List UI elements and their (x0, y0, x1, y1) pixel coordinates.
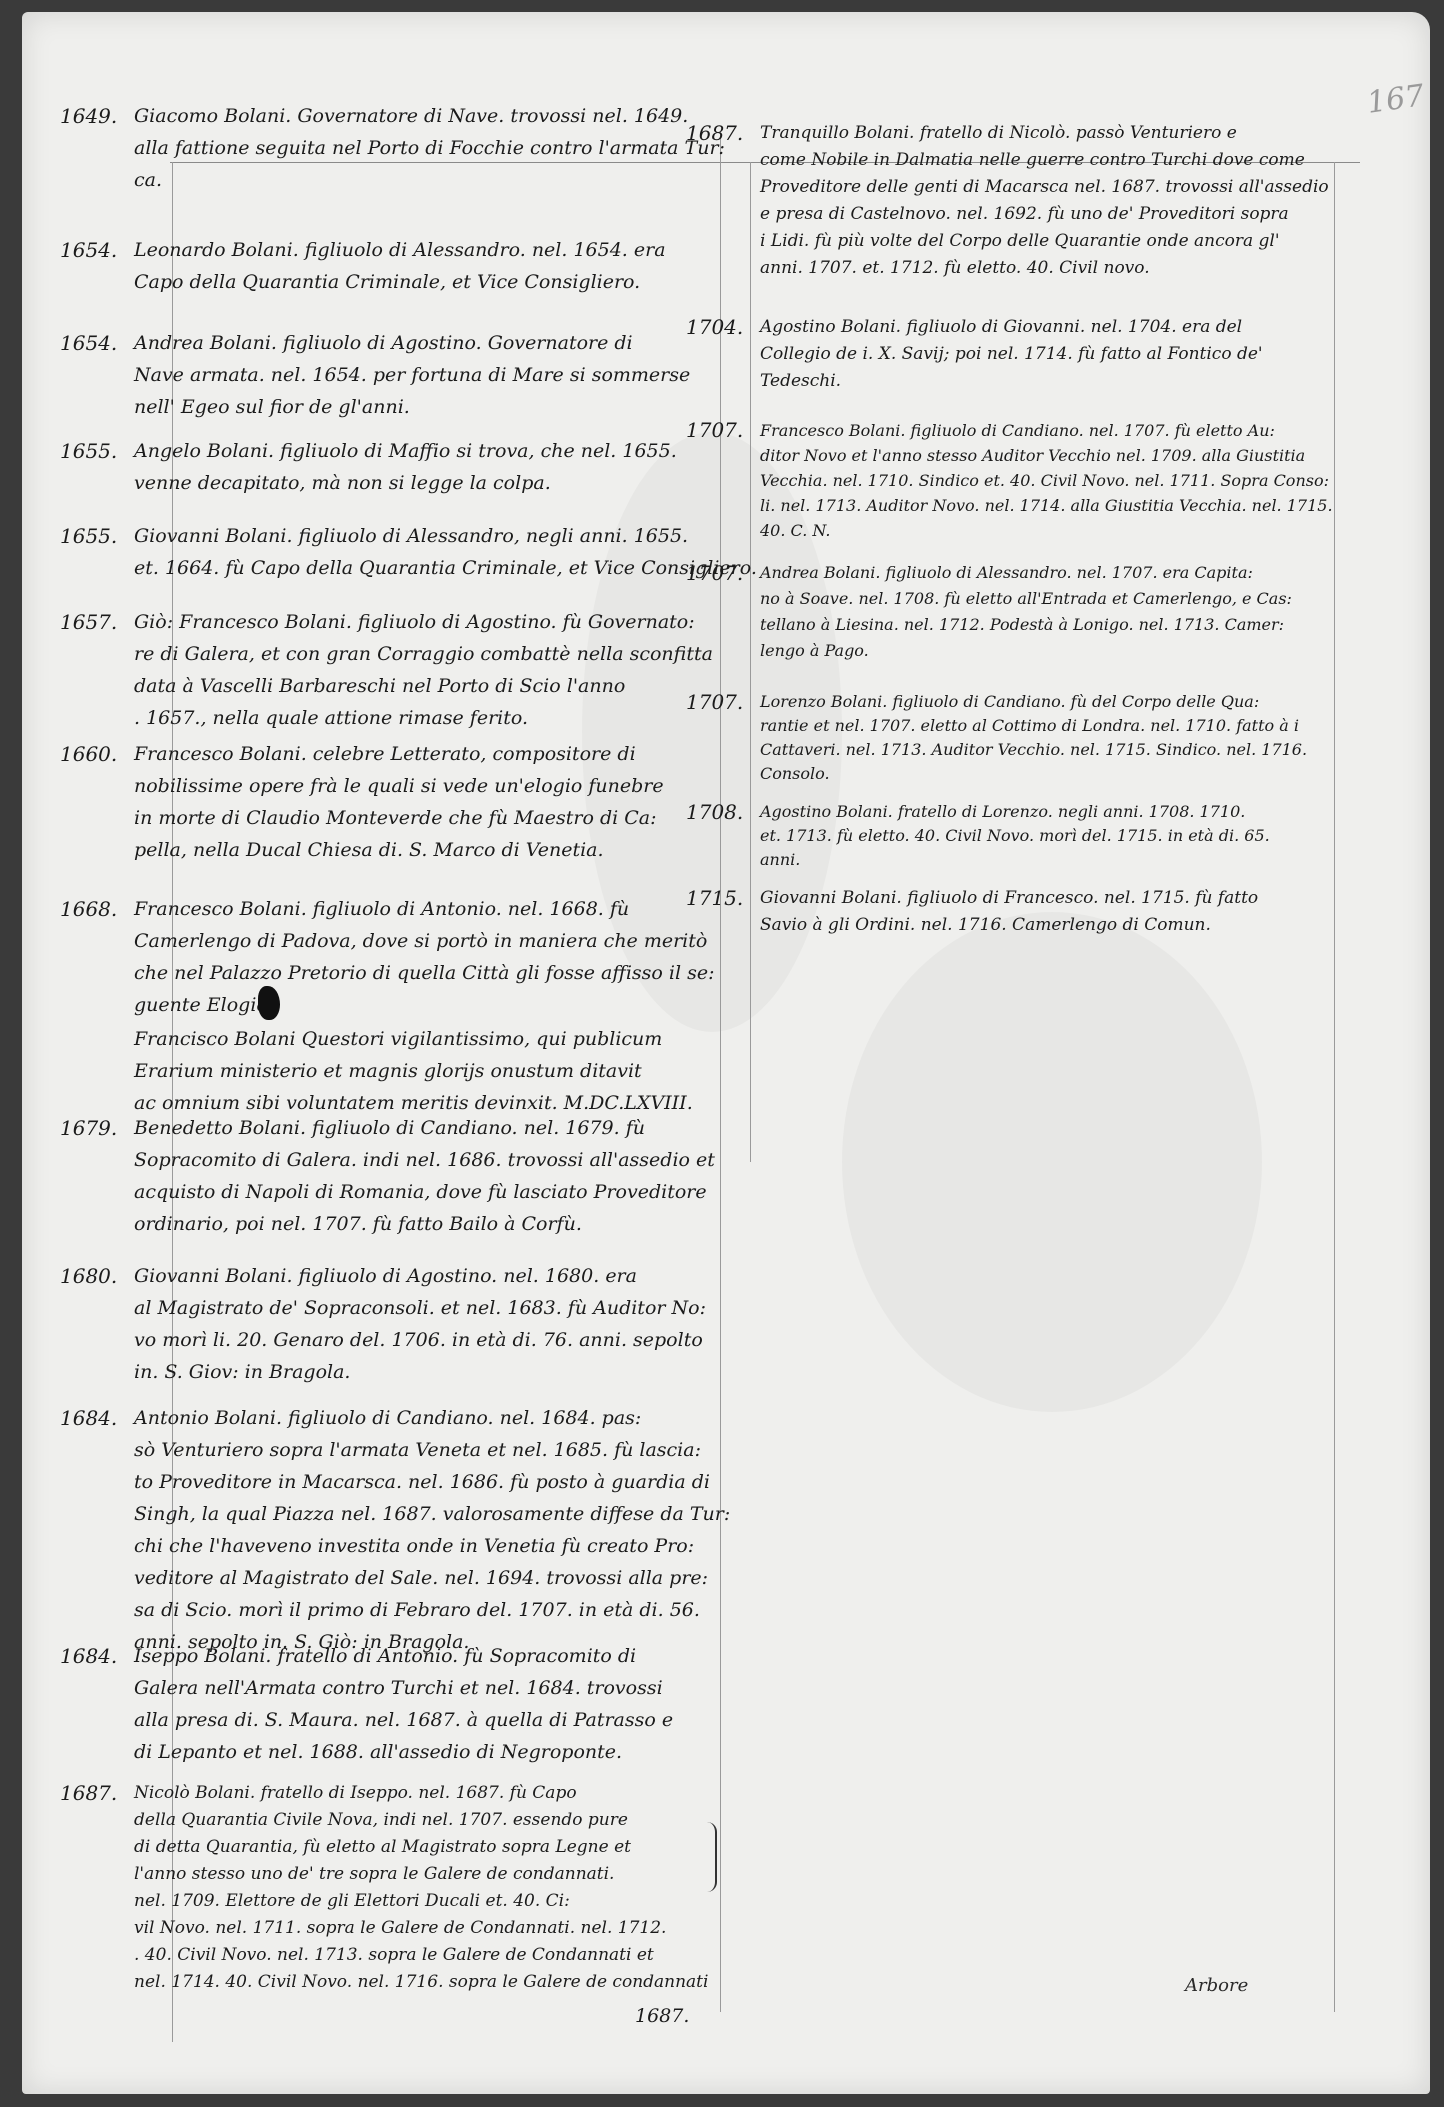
entry-line: acquisto di Napoli di Romania, dove fù l… (134, 1176, 710, 1208)
entry: 1707. Lorenzo Bolani. figliuolo di Candi… (686, 690, 1346, 786)
entry-line: lengo à Pago. (760, 638, 1346, 664)
entry-line: i Lidi. fù più volte del Corpo delle Qua… (760, 228, 1346, 255)
latin-epitaph: Francisco Bolani Questori vigilantissimo… (134, 1023, 710, 1119)
entry: 1707. Francesco Bolani. figliuolo di Can… (686, 418, 1346, 543)
entry-line: ditor Novo et l'anno stesso Auditor Vecc… (760, 443, 1346, 468)
entry-year: 1680. (60, 1260, 132, 1292)
entry: 1657. Giò: Francesco Bolani. figliuolo d… (60, 606, 710, 734)
entry-line: Vecchia. nel. 1710. Sindico et. 40. Civi… (760, 468, 1346, 493)
entry-year: 1684. (60, 1402, 132, 1434)
entry-year: 1684. (60, 1640, 132, 1672)
entry-line: Giovanni Bolani. figliuolo di Alessandro… (134, 520, 710, 552)
entry: 1654. Andrea Bolani. figliuolo di Agosti… (60, 327, 710, 423)
entry-line: Nave armata. nel. 1654. per fortuna di M… (134, 359, 710, 391)
entry-line: ca. (134, 164, 710, 196)
entry-line: Proveditore delle genti di Macarsca nel.… (760, 174, 1346, 201)
entry-year: 1668. (60, 893, 132, 925)
entry-line: vil Novo. nel. 1711. sopra le Galere de … (134, 1915, 710, 1942)
entry-line: rantie et nel. 1707. eletto al Cottimo d… (760, 714, 1346, 738)
entry-line: alla presa di. S. Maura. nel. 1687. à qu… (134, 1704, 710, 1736)
column-divider-rule (720, 132, 721, 2012)
entry-line: et. 1664. fù Capo della Quarantia Crimin… (134, 552, 710, 584)
entry-line: Leonardo Bolani. figliuolo di Alessandro… (134, 234, 710, 266)
entry-line: li. nel. 1713. Auditor Novo. nel. 1714. … (760, 493, 1346, 518)
entry-line: . 40. Civil Novo. nel. 1713. sopra le Ga… (134, 1942, 710, 1969)
entry-line: Tranquillo Bolani. fratello di Nicolò. p… (760, 120, 1346, 147)
entry-line: che nel Palazzo Pretorio di quella Città… (134, 957, 710, 989)
entry-line: Antonio Bolani. figliuolo di Candiano. n… (134, 1402, 710, 1434)
entry: 1654. Leonardo Bolani. figliuolo di Ales… (60, 234, 710, 298)
entry: 1684. Antonio Bolani. figliuolo di Candi… (60, 1402, 710, 1658)
entry-line: l'anno stesso uno de' tre sopra le Galer… (134, 1861, 710, 1888)
entry-line: Agostino Bolani. fratello di Lorenzo. ne… (760, 800, 1346, 824)
entry-line: vo morì li. 20. Genaro del. 1706. in età… (134, 1324, 710, 1356)
entry-line: Francesco Bolani. figliuolo di Candiano.… (760, 418, 1346, 443)
entry-line: Singh, la qual Piazza nel. 1687. valoros… (134, 1498, 710, 1530)
entry-line: Galera nell'Armata contro Turchi et nel.… (134, 1672, 710, 1704)
entry-line: sò Venturiero sopra l'armata Veneta et n… (134, 1434, 710, 1466)
entry-year: 1654. (60, 327, 132, 359)
entry-line: Camerlengo di Padova, dove si portò in m… (134, 925, 710, 957)
entry-year: 1660. (60, 738, 132, 770)
entry-year: 1687. (60, 1780, 132, 1807)
entry-line: . 1657., nella quale attione rimase feri… (134, 702, 710, 734)
entry-line: Consolo. (760, 762, 1346, 786)
entry: 1679. Benedetto Bolani. figliuolo di Can… (60, 1112, 710, 1240)
entry-line: Giovanni Bolani. figliuolo di Agostino. … (134, 1260, 710, 1292)
entry-line: Giò: Francesco Bolani. figliuolo di Agos… (134, 606, 710, 638)
entry-line: ordinario, poi nel. 1707. fù fatto Bailo… (134, 1208, 710, 1240)
entry-line: nobilissime opere frà le quali si vede u… (134, 770, 710, 802)
entry-line: come Nobile in Dalmatia nelle guerre con… (760, 147, 1346, 174)
entry: 1655. Giovanni Bolani. figliuolo di Ales… (60, 520, 710, 584)
ink-blot (258, 986, 280, 1020)
entry-line: guente Elogio. (134, 989, 710, 1021)
entry-line: tellano à Liesina. nel. 1712. Podestà à … (760, 612, 1346, 638)
entry-year: 1687. (686, 120, 758, 147)
entry-line: no à Soave. nel. 1708. fù eletto all'Ent… (760, 586, 1346, 612)
epitaph-line: Erarium ministerio et magnis glorijs onu… (134, 1055, 710, 1087)
entry-line: anni. 1707. et. 1712. fù eletto. 40. Civ… (760, 255, 1346, 282)
closing-year-note: 1687. (635, 2005, 689, 2027)
entry: 1708. Agostino Bolani. fratello di Loren… (686, 800, 1346, 872)
entry-year: 1708. (686, 800, 758, 824)
entry-line: nell' Egeo sul fior de gl'anni. (134, 391, 710, 423)
entry-year: 1654. (60, 234, 132, 266)
entry-line: alla fattione seguita nel Porto di Focch… (134, 132, 710, 164)
entry-year: 1657. (60, 606, 132, 638)
entry-year: 1655. (60, 435, 132, 467)
entry-line: data à Vascelli Barbareschi nel Porto di… (134, 670, 710, 702)
entry-line: Francesco Bolani. celebre Letterato, com… (134, 738, 710, 770)
entry-line: Savio à gli Ordini. nel. 1716. Camerleng… (760, 912, 1346, 939)
margin-bracket (707, 1822, 717, 1892)
arbore-note: Arbore (1185, 1975, 1248, 1996)
entry-line: Cattaveri. nel. 1713. Auditor Vecchio. n… (760, 738, 1346, 762)
entry: 1707. Andrea Bolani. figliuolo di Alessa… (686, 560, 1346, 664)
entry: 1687. Tranquillo Bolani. fratello di Nic… (686, 120, 1346, 282)
entry-line: Giacomo Bolani. Governatore di Nave. tro… (134, 100, 710, 132)
entry-line: Sopracomito di Galera. indi nel. 1686. t… (134, 1144, 710, 1176)
entry: 1704. Agostino Bolani. figliuolo di Giov… (686, 314, 1346, 395)
entry-line: Angelo Bolani. figliuolo di Maffio si tr… (134, 435, 710, 467)
entry-line: venne decapitato, mà non si legge la col… (134, 467, 710, 499)
entry-line: di detta Quarantia, fù eletto al Magistr… (134, 1834, 710, 1861)
entry-line: chi che l'haveveno investita onde in Ven… (134, 1530, 710, 1562)
entry-line: Collegio de i. X. Savij; poi nel. 1714. … (760, 341, 1346, 368)
entry-year: 1704. (686, 314, 758, 341)
entry: 1668. Francesco Bolani. figliuolo di Ant… (60, 893, 710, 1119)
entry-year: 1707. (686, 690, 758, 714)
entry-line: Andrea Bolani. figliuolo di Alessandro. … (760, 560, 1346, 586)
entry-year: 1707. (686, 418, 758, 443)
entry-year: 1715. (686, 885, 758, 912)
entry-line: al Magistrato de' Sopraconsoli. et nel. … (134, 1292, 710, 1324)
entry-line: Iseppo Bolani. fratello di Antonio. fù S… (134, 1640, 710, 1672)
entry-line: in. S. Giov: in Bragola. (134, 1356, 710, 1388)
entry-year: 1649. (60, 100, 132, 132)
entry-line: nel. 1714. 40. Civil Novo. nel. 1716. so… (134, 1969, 710, 1996)
entry-year: 1679. (60, 1112, 132, 1144)
entry: 1655. Angelo Bolani. figliuolo di Maffio… (60, 435, 710, 499)
entry: 1687. Nicolò Bolani. fratello di Iseppo.… (60, 1780, 710, 1996)
entry-line: in morte di Claudio Monteverde che fù Ma… (134, 802, 710, 834)
entry-line: et. 1713. fù eletto. 40. Civil Novo. mor… (760, 824, 1346, 848)
entry-year: 1707. (686, 560, 758, 586)
entry-line: to Proveditore in Macarsca. nel. 1686. f… (134, 1466, 710, 1498)
entry: 1660. Francesco Bolani. celebre Letterat… (60, 738, 710, 866)
entry: 1684. Iseppo Bolani. fratello di Antonio… (60, 1640, 710, 1768)
entry-line: Giovanni Bolani. figliuolo di Francesco.… (760, 885, 1346, 912)
entry-line: sa di Scio. morì il primo di Febraro del… (134, 1594, 710, 1626)
entry-line: Francesco Bolani. figliuolo di Antonio. … (134, 893, 710, 925)
entry-line: anni. (760, 848, 1346, 872)
entry-line: Benedetto Bolani. figliuolo di Candiano.… (134, 1112, 710, 1144)
entry-line: Capo della Quarantia Criminale, et Vice … (134, 266, 710, 298)
epitaph-line: Francisco Bolani Questori vigilantissimo… (134, 1023, 710, 1055)
entry-line: e presa di Castelnovo. nel. 1692. fù uno… (760, 201, 1346, 228)
entry-line: Lorenzo Bolani. figliuolo di Candiano. f… (760, 690, 1346, 714)
entry-line: di Lepanto et nel. 1688. all'assedio di … (134, 1736, 710, 1768)
entry: 1715. Giovanni Bolani. figliuolo di Fran… (686, 885, 1346, 939)
paper-stain (842, 912, 1262, 1412)
entry-line: Tedeschi. (760, 368, 1346, 395)
entry-line: 40. C. N. (760, 518, 1346, 543)
entry-line: nel. 1709. Elettore de gli Elettori Duca… (134, 1888, 710, 1915)
entry-year: 1655. (60, 520, 132, 552)
entry-line: Andrea Bolani. figliuolo di Agostino. Go… (134, 327, 710, 359)
entry-line: veditore al Magistrato del Sale. nel. 16… (134, 1562, 710, 1594)
entry-line: re di Galera, et con gran Corraggio comb… (134, 638, 710, 670)
entry-line: Nicolò Bolani. fratello di Iseppo. nel. … (134, 1780, 710, 1807)
entry: 1649. Giacomo Bolani. Governatore di Nav… (60, 100, 710, 196)
entry-line: pella, nella Ducal Chiesa di. S. Marco d… (134, 834, 710, 866)
folio-number: 167 (1365, 78, 1427, 121)
entry: 1680. Giovanni Bolani. figliuolo di Agos… (60, 1260, 710, 1388)
entry-line: Agostino Bolani. figliuolo di Giovanni. … (760, 314, 1346, 341)
entry-line: della Quarantia Civile Nova, indi nel. 1… (134, 1807, 710, 1834)
